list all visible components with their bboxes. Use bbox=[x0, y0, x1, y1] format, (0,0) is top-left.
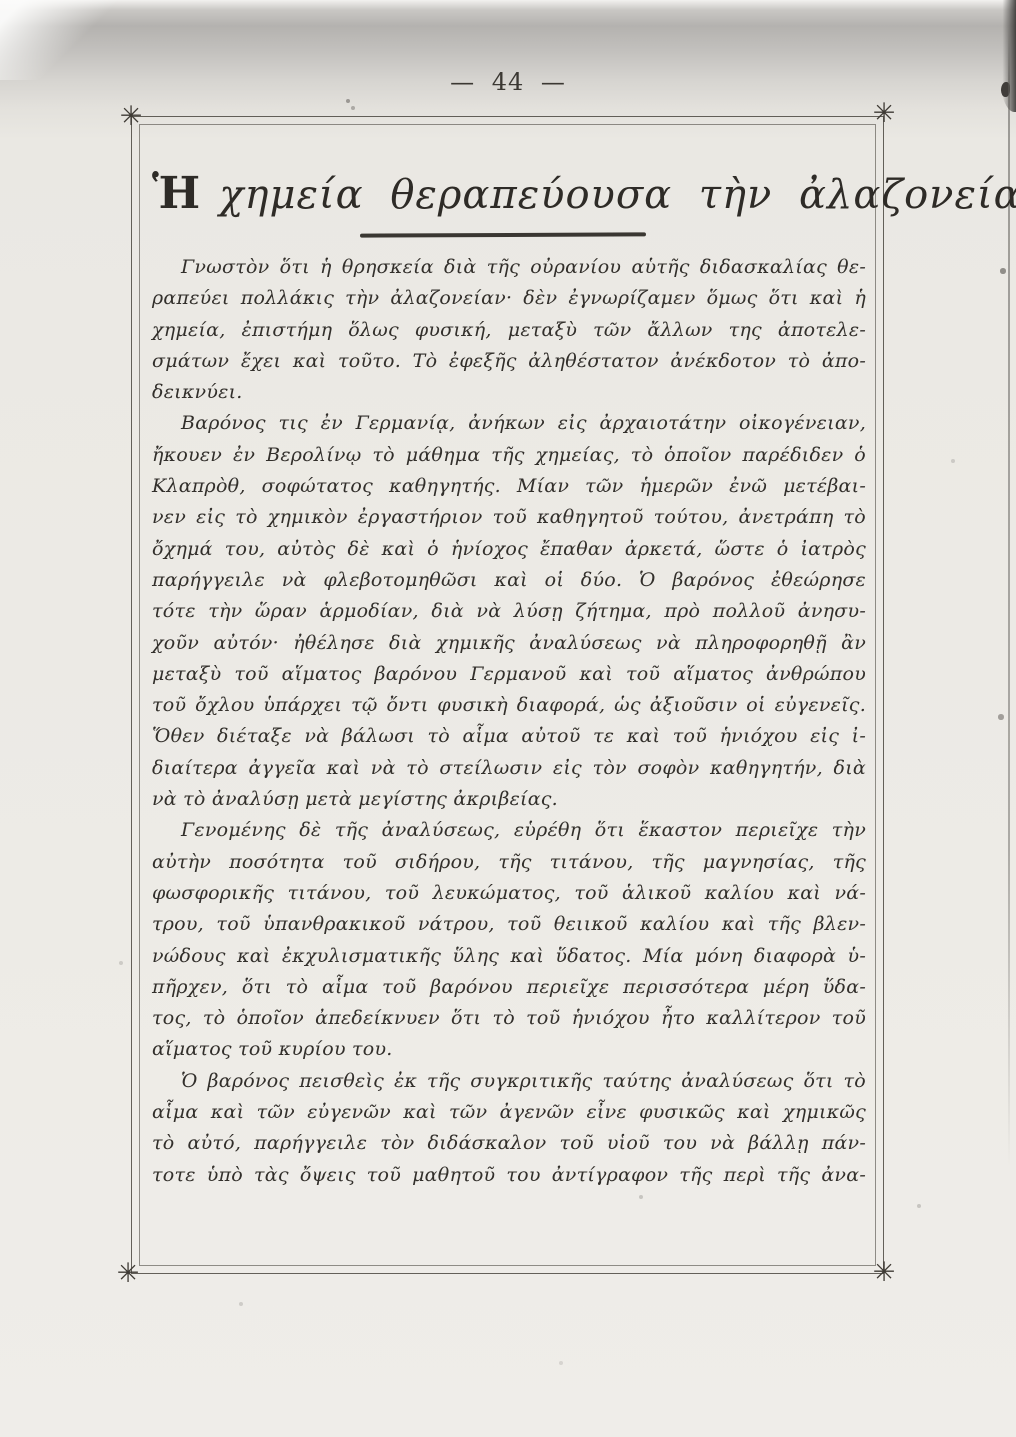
text-line: παρήγγειλε νὰ φλεβοτομηθῶσι καὶ οἱ δύο. … bbox=[152, 565, 866, 596]
text-line: αὐτὴν ποσότητα τοῦ σιδήρου, τῆς τιτάνου,… bbox=[152, 847, 866, 878]
page-number: — 44 — bbox=[0, 68, 1016, 96]
text-line: πῆρχεν, ὅτι τὸ αἷμα τοῦ βαρόνου περιεῖχε… bbox=[152, 972, 866, 1003]
text-line: τὸ αὐτό, παρήγγειλε τὸν διδάσκαλον τοῦ υ… bbox=[152, 1128, 866, 1159]
text-line: τοῦ ὄχλου ὑπάρχει τῷ ὄντι φυσικὴ διαφορά… bbox=[152, 690, 866, 721]
text-line: ραπεύει πολλάκις τὴν ἀλαζονείαν· δὲν ἐγν… bbox=[152, 283, 866, 314]
text-line: Γενομένης δὲ τῆς ἀναλύσεως, εὑρέθη ὅτι ἕ… bbox=[152, 815, 866, 846]
page-title-initial: Ἡ bbox=[152, 168, 201, 219]
page-title-text: χημεία θεραπεύουσα τὴν ἀλαζονείαν. bbox=[219, 172, 1016, 218]
text-line: Γνωστὸν ὅτι ἡ θρησκεία διὰ τῆς οὐρανίου … bbox=[152, 252, 866, 283]
text-line: σμάτων ἔχει καὶ τοῦτο. Τὸ ἐφεξῆς ἀληθέστ… bbox=[152, 346, 866, 377]
text-line: νεν εἰς τὸ χημικὸν ἐργαστήριον τοῦ καθηγ… bbox=[152, 502, 866, 533]
text-line: ὄχημά του, αὐτὸς δὲ καὶ ὁ ἡνίοχος ἔπαθαν… bbox=[152, 534, 866, 565]
corner-asterisk-icon: ✳ bbox=[120, 103, 143, 130]
scanned-page: — 44 — ✳ ✳ ✳ ✳ Ἡ χημεία θεραπεύουσα τὴν … bbox=[0, 0, 1016, 1437]
text-line: χημεία, ἐπιστήμη ὅλως φυσική, μεταξὺ τῶν… bbox=[152, 315, 866, 346]
paragraph: Γενομένης δὲ τῆς ἀναλύσεως, εὑρέθη ὅτι ἕ… bbox=[152, 815, 866, 1065]
paragraph: Βαρόνος τις ἐν Γερμανίᾳ, ἀνήκων εἰς ἀρχα… bbox=[152, 408, 866, 815]
text-line: Βαρόνος τις ἐν Γερμανίᾳ, ἀνήκων εἰς ἀρχα… bbox=[152, 408, 866, 439]
corner-asterisk-icon: ✳ bbox=[117, 1260, 140, 1287]
paragraph: Γνωστὸν ὅτι ἡ θρησκεία διὰ τῆς οὐρανίου … bbox=[152, 252, 866, 408]
text-line: τότε τὴν ὥραν ἁρμοδίαν, διὰ νὰ λύσῃ ζήτη… bbox=[152, 596, 866, 627]
corner-asterisk-icon: ✳ bbox=[873, 100, 896, 127]
page-title: Ἡ χημεία θεραπεύουσα τὴν ἀλαζονείαν. bbox=[152, 168, 866, 219]
text-line: Ὁ βαρόνος πεισθεὶς ἐκ τῆς συγκριτικῆς τα… bbox=[152, 1066, 866, 1097]
text-line: ἤκουεν ἐν Βερολίνῳ τὸ μάθημα τῆς χημείας… bbox=[152, 440, 866, 471]
paragraph: Ὁ βαρόνος πεισθεὶς ἐκ τῆς συγκριτικῆς τα… bbox=[152, 1066, 866, 1191]
text-line: Κλαπρὸθ, σοφώτατος καθηγητής. Μίαν τῶν ἡ… bbox=[152, 471, 866, 502]
text-line: νώδους καὶ ἐκχυλισματικῆς ὕλης καὶ ὕδατο… bbox=[152, 941, 866, 972]
text-line: τος, τὸ ὁποῖον ἀπεδείκνυεν ὅτι τὸ τοῦ ἡν… bbox=[152, 1003, 866, 1034]
text-line: τοτε ὑπὸ τὰς ὄψεις τοῦ μαθητοῦ του ἀντίγ… bbox=[152, 1160, 866, 1191]
text-line: μεταξὺ τοῦ αἵματος βαρόνου Γερμανοῦ καὶ … bbox=[152, 659, 866, 690]
text-line: διαίτερα ἀγγεῖα καὶ νὰ τὸ στείλωσιν εἰς … bbox=[152, 753, 866, 784]
text-line: νὰ τὸ ἀναλύσῃ μετὰ μεγίστης ἀκριβείας. bbox=[152, 784, 866, 815]
text-line: αἷμα καὶ τῶν εὐγενῶν καὶ τῶν ἀγενῶν εἶνε… bbox=[152, 1097, 866, 1128]
text-line: τρου, τοῦ ὑπανθρακικοῦ νάτρου, τοῦ θειικ… bbox=[152, 909, 866, 940]
scan-specks bbox=[0, 0, 2, 2]
text-column: Γνωστὸν ὅτι ἡ θρησκεία διὰ τῆς οὐρανίου … bbox=[152, 252, 866, 1191]
text-line: χοῦν αὐτόν· ἠθέλησε διὰ χημικῆς ἀναλύσεω… bbox=[152, 628, 866, 659]
corner-asterisk-icon: ✳ bbox=[873, 1259, 896, 1286]
text-line: αἵματος τοῦ κυρίου του. bbox=[152, 1034, 866, 1065]
text-line: δεικνύει. bbox=[152, 377, 866, 408]
text-line: Ὅθεν διέταξε νὰ βάλωσι τὸ αἷμα αὐτοῦ τε … bbox=[152, 721, 866, 752]
text-line: φωσφορικῆς τιτάνου, τοῦ λευκώματος, τοῦ … bbox=[152, 878, 866, 909]
